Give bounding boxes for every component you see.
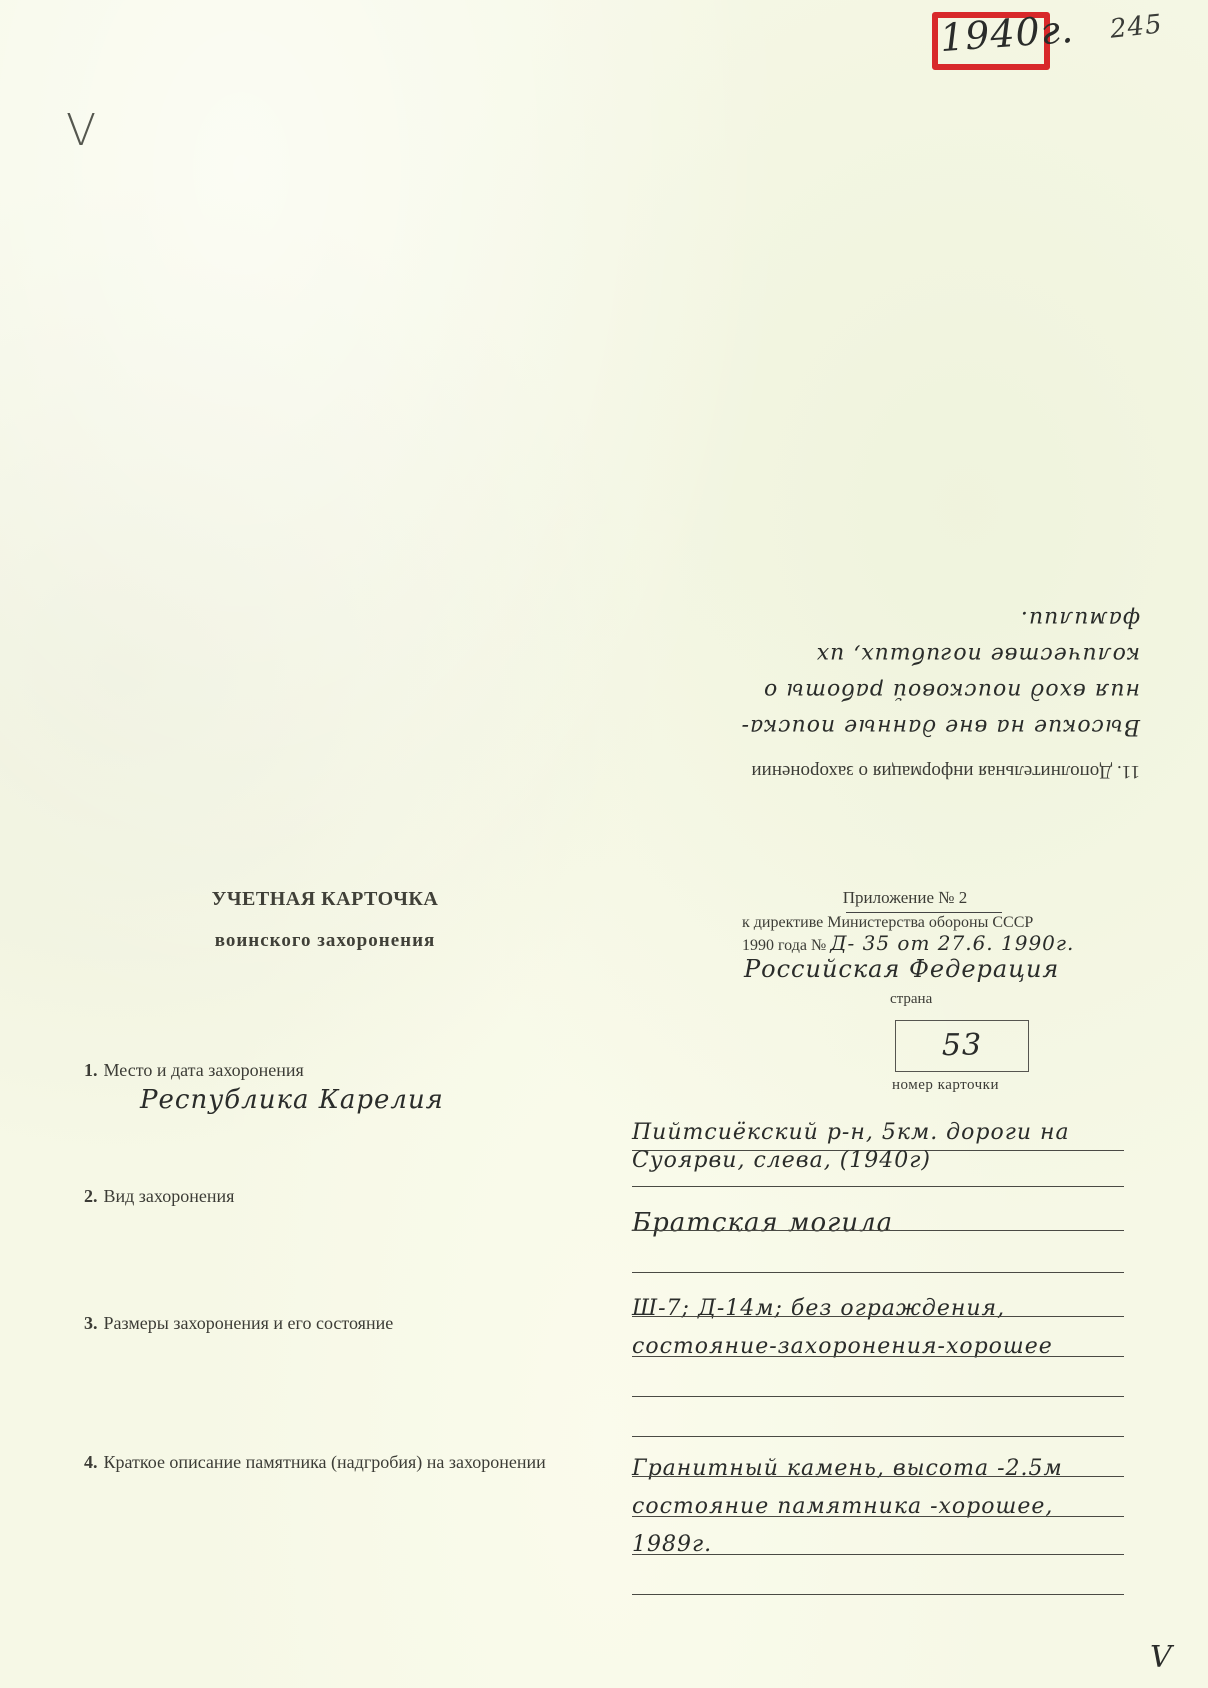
check-mark-bottom: V [1150, 1640, 1173, 1675]
section-11-number: 11. [1117, 761, 1140, 782]
field-1-value-line: Пийтсиёкский р-н, 5км. дороги на [632, 1120, 1070, 1145]
check-mark-top: V [66, 105, 96, 156]
card-number-label: номер карточки [892, 1077, 999, 1094]
year-stamp-text: 1940г. [939, 8, 1062, 60]
section-11-line: фамилии. [741, 600, 1140, 636]
field-3-rule [632, 1396, 1124, 1397]
directive-line-2: 1990 года № Д- 35 от 27.6. 1990г. [742, 931, 1074, 955]
section-11-line: количестве погибших, их [741, 636, 1140, 672]
field-1-region: Республика Карелия [140, 1085, 444, 1115]
country-value: Российская Федерация [744, 955, 1059, 983]
directive-line-1: к директиве Министерства обороны СССР [742, 914, 1033, 932]
section-11-additional-info: 11. Дополнительная информация о захороне… [620, 600, 1140, 800]
field-1-rule [632, 1186, 1124, 1187]
field-4-label: 4.Краткое описание памятника (надгробия)… [84, 1451, 584, 1473]
directive-prefix: 1990 года № [742, 937, 826, 954]
field-3-rule [632, 1436, 1124, 1437]
field-1-value-line: Суоярви, слева, (1940г) [632, 1148, 931, 1173]
appendix-label: Приложение № 2 [790, 888, 1020, 908]
field-2-rule [632, 1230, 1124, 1231]
field-3-value-line: Ш-7; Д-14м; без ограждения, [632, 1296, 1005, 1321]
field-3-rule [632, 1356, 1124, 1357]
field-4-value-line: Гранитный камень, высота -2.5м [632, 1456, 1063, 1481]
field-4-rule [632, 1594, 1124, 1595]
field-2-value-line: Братская могила [632, 1208, 893, 1238]
card-title: УЧЕТНАЯ КАРТОЧКА [160, 888, 490, 911]
directive-number: Д- 35 от 27.6. 1990г. [830, 931, 1074, 955]
field-2-label: 2.Вид захоронения [84, 1186, 234, 1207]
archive-number: 245 [1109, 9, 1164, 44]
section-11-handwriting: Высокие на вне данные поиска- ния вход п… [741, 600, 1140, 744]
section-11-title: 11. Дополнительная информация о захороне… [751, 760, 1140, 782]
field-4-rule [632, 1554, 1124, 1555]
card-subtitle: воинского захоронения [160, 930, 490, 952]
field-4-rule [632, 1516, 1124, 1517]
country-label: страна [890, 991, 932, 1008]
field-4-rule [632, 1476, 1124, 1477]
section-11-line: ния вход поисковой работы о [741, 672, 1140, 708]
field-1-label: 1.Место и дата захоронения [84, 1060, 304, 1081]
appendix-underline [846, 912, 1002, 913]
field-3-rule [632, 1316, 1124, 1317]
field-2-rule [632, 1272, 1124, 1273]
card-number: 53 [895, 1028, 1029, 1063]
section-11-label: Дополнительная информация о захоронении [751, 761, 1112, 782]
field-3-label: 3.Размеры захоронения и его состояние [84, 1313, 393, 1334]
section-11-line: Высокие на вне данные поиска- [741, 708, 1140, 744]
